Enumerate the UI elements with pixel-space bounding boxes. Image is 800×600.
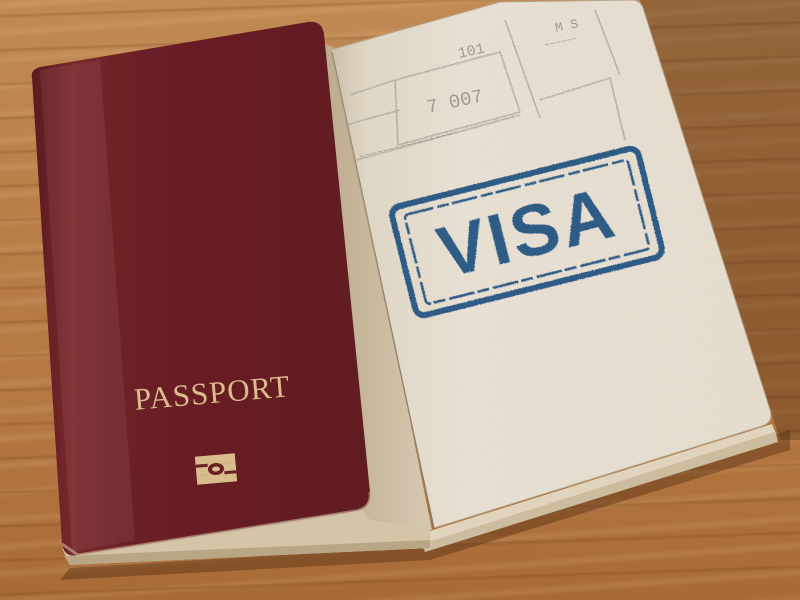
passport-illustration: 101 7 007 M S ~~~~~~~~~~~~~~~~ ~~~~~~ VI… [0, 0, 800, 600]
passport-cover: PASSPORT [32, 22, 371, 556]
biometric-chip-icon [195, 453, 237, 484]
